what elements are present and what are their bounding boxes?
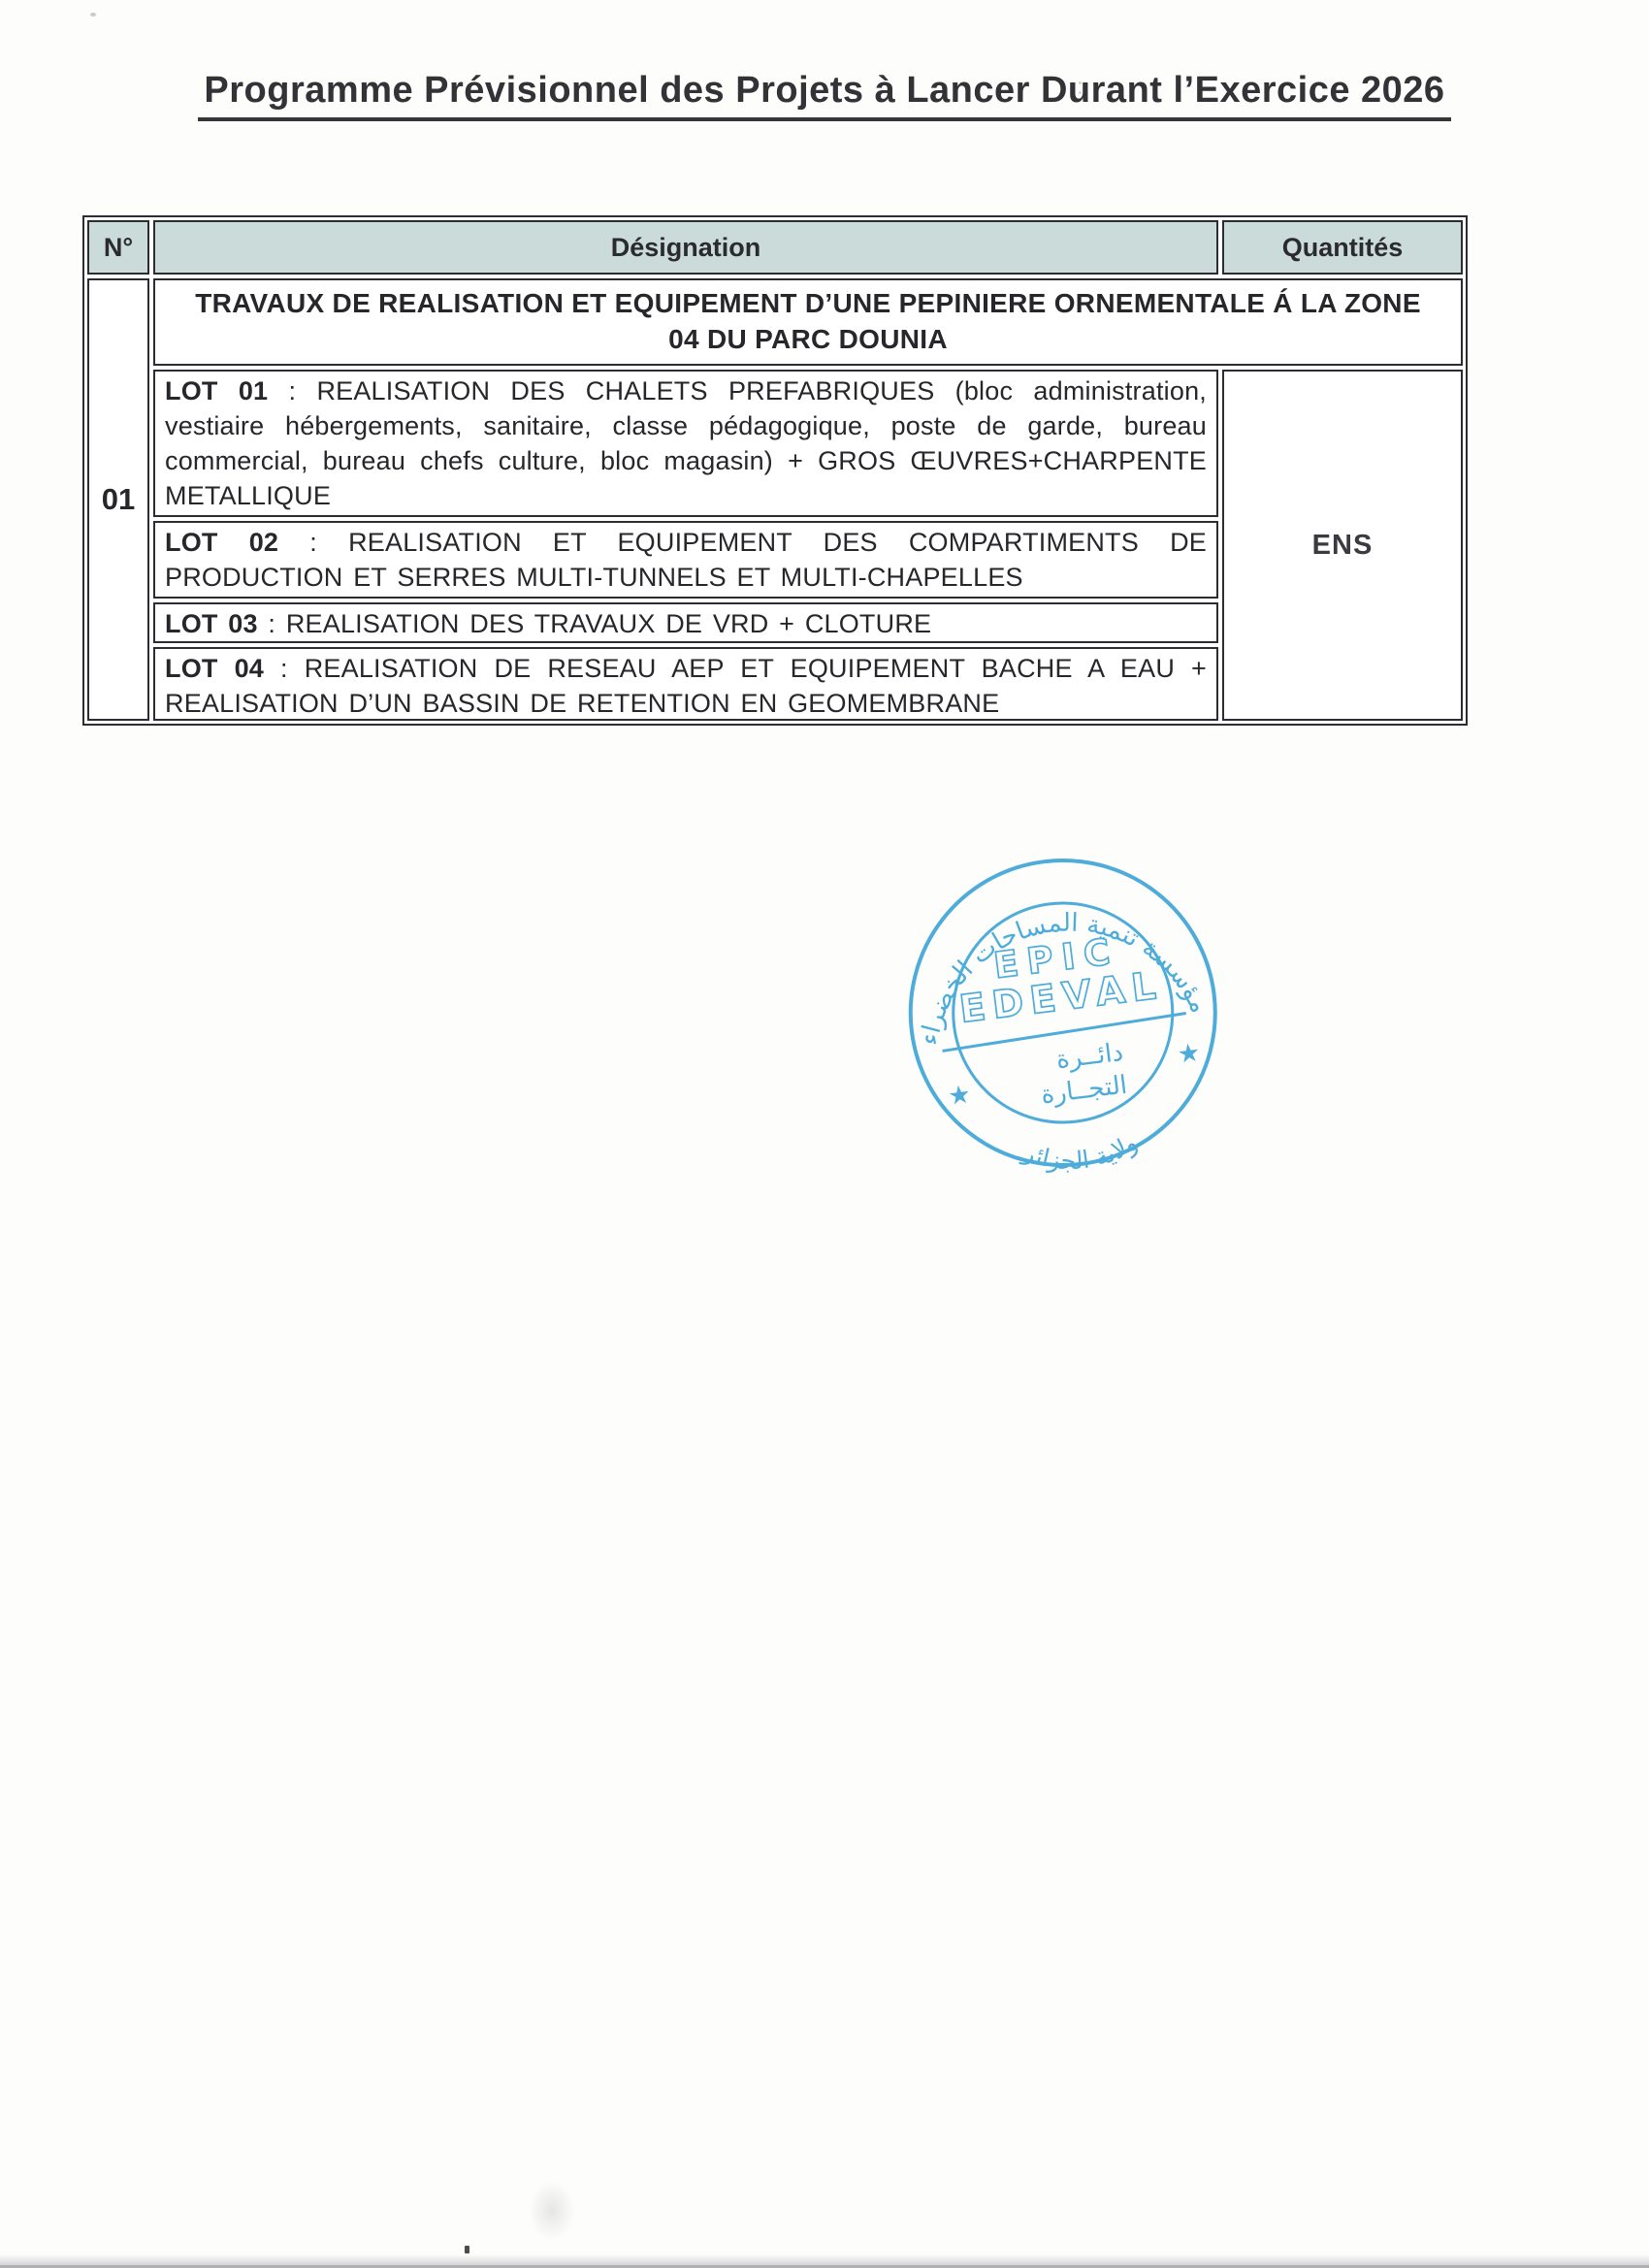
scan-speck [1079, 91, 1082, 94]
column-header-quantites: Quantités [1222, 220, 1463, 275]
stamp-dept-arabic-1: دائــرة [1054, 1038, 1124, 1075]
epic-edeval-round-stamp: مؤسسة تنمية المساحات الخضراء ★ ★ EPIC ED… [880, 831, 1247, 1199]
stamp-graphic: مؤسسة تنمية المساحات الخضراء ★ ★ EPIC ED… [880, 831, 1247, 1199]
projects-table: N° Désignation Quantités 01 TRAVAUX DE R… [82, 215, 1468, 726]
stamp-star-right-icon: ★ [1176, 1037, 1202, 1069]
lot-04-label: LOT 04 [165, 654, 264, 683]
project-title-cell: TRAVAUX DE REALISATION ET EQUIPEMENT D’U… [153, 278, 1463, 366]
lot-01-cell: LOT 01 : REALISATION DES CHALETS PREFABR… [153, 370, 1218, 517]
document-title: Programme Prévisionnel des Projets à Lan… [198, 70, 1450, 121]
lot-01-label: LOT 01 [165, 376, 268, 405]
lot-04-cell: LOT 04 : REALISATION DE RESEAU AEP ET EQ… [153, 647, 1218, 721]
lot-01-text: : REALISATION DES CHALETS PREFABRIQUES (… [165, 376, 1207, 510]
lot-03-cell: LOT 03 : REALISATION DES TRAVAUX DE VRD … [153, 602, 1218, 643]
column-header-designation: Désignation [153, 220, 1218, 275]
lot-02-label: LOT 02 [165, 528, 278, 557]
stamp-dept-arabic-2: التجــارة [1040, 1071, 1129, 1111]
scanned-document-page: Programme Prévisionnel des Projets à Lan… [0, 0, 1649, 2268]
scan-smudge [529, 2181, 575, 2241]
stamp-bottom-arabic-text: ولاية الجزائر [1015, 1123, 1145, 1182]
row-number-cell: 01 [87, 278, 149, 721]
scan-speck [1079, 81, 1082, 84]
scan-speck [465, 2246, 469, 2253]
document-title-wrap: Programme Prévisionnel des Projets à Lan… [0, 70, 1649, 121]
quantity-cell: ENS [1222, 370, 1463, 721]
lot-02-cell: LOT 02 : REALISATION ET EQUIPEMENT DES C… [153, 521, 1218, 599]
stamp-star-left-icon: ★ [947, 1079, 973, 1111]
lot-02-text: : REALISATION ET EQUIPEMENT DES COMPARTI… [165, 528, 1207, 592]
column-header-no: N° [87, 220, 149, 275]
lot-03-label: LOT 03 [165, 609, 258, 638]
scan-speck [90, 13, 96, 16]
lot-04-text: : REALISATION DE RESEAU AEP ET EQUIPEMEN… [165, 654, 1207, 718]
lot-03-text: : REALISATION DES TRAVAUX DE VRD + CLOTU… [258, 609, 932, 638]
